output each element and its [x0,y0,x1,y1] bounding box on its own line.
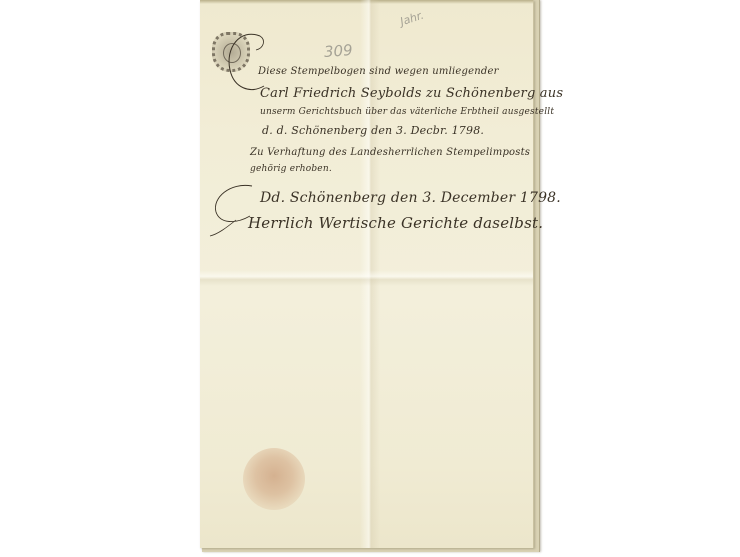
text-line-2: Carl Friedrich Seybolds zu Schönenberg a… [260,86,563,101]
text-line-5: Zu Verhaftung des Landesherrlichen Stemp… [250,147,530,158]
text-line-1: Diese Stempelbogen sind wegen umliegende… [258,66,499,77]
text-line-7-date: Dd. Schönenberg den 3. December 1798. [260,190,561,206]
text-line-6: gehörig erhoben. [250,164,332,174]
signature-line: Herrlich Wertische Gerichte daselbst. [248,214,543,232]
pencil-notation: Jahr. [399,9,426,29]
text-line-4-date: d. d. Schönenberg den 3. Decbr. 1798. [262,124,484,137]
red-wax-stain [243,448,305,510]
archive-number: 309 [323,41,353,61]
document-sheet: 309 Jahr. Diese Stempelbogen sind wegen … [200,0,534,548]
horizontal-fold-crease [200,270,533,286]
text-line-3: unserm Gerichtsbuch über das väterliche … [260,107,554,117]
